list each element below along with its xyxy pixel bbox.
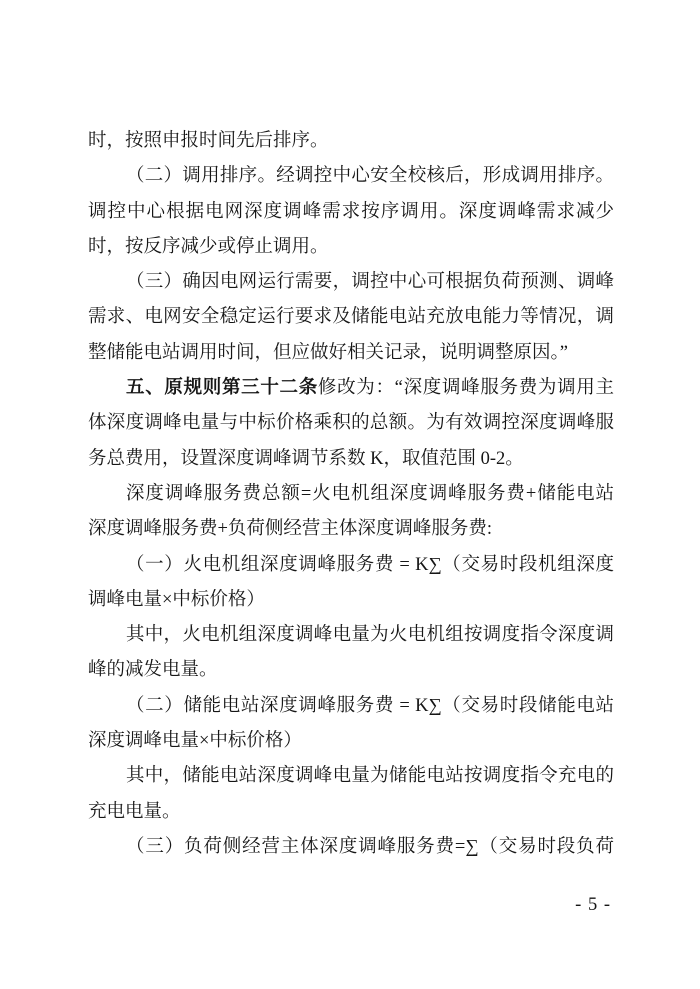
text-run: 深度调峰服务费总额=火电机组深度调峰服务费+储能电站 — [126, 484, 614, 504]
text-run: （三）负荷侧经营主体深度调峰服务费=∑（交易时段负荷 — [126, 837, 614, 857]
page-footer: - 5 - — [575, 893, 611, 917]
text-run: 深度调峰电量×中标价格） — [88, 731, 302, 751]
text-line: （一）火电机组深度调峰服务费 = K∑（交易时段机组深度 — [88, 548, 614, 583]
text-line: 体深度调峰电量与中标价格乘积的总额。为有效调控深度调峰服 — [88, 406, 614, 441]
text-run: （二）调用排序。经调控中心安全校核后，形成调用排序。 — [126, 166, 614, 186]
text-run: （一）火电机组深度调峰服务费 = K∑（交易时段机组深度 — [126, 555, 614, 575]
text-run: 时，按照申报时间先后排序。 — [88, 131, 329, 151]
text-line: 五、原规则第三十二条修改为：“深度调峰服务费为调用主 — [88, 371, 614, 406]
text-run: 充电电量。 — [88, 802, 181, 822]
text-run: （二）储能电站深度调峰服务费 = K∑（交易时段储能电站 — [126, 696, 614, 716]
text-run: 需求、电网安全稳定运行要求及储能电站充放电能力等情况，调 — [88, 307, 614, 327]
text-line: 其中，火电机组深度调峰电量为火电机组按调度指令深度调 — [88, 618, 614, 653]
text-line: （二）储能电站深度调峰服务费 = K∑（交易时段储能电站 — [88, 689, 614, 724]
text-line: 务总费用，设置深度调峰调节系数 K，取值范围 0-2。 — [88, 442, 614, 477]
text-line: 整储能电站调用时间，但应做好相关记录，说明调整原因。” — [88, 336, 614, 371]
text-run: 深度调峰服务费+负荷侧经营主体深度调峰服务费: — [88, 519, 492, 539]
paragraph: 其中，火电机组深度调峰电量为火电机组按调度指令深度调峰的减发电量。 — [88, 618, 614, 689]
text-line: 调控中心根据电网深度调峰需求按序调用。深度调峰需求减少 — [88, 195, 614, 230]
text-run: 调控中心根据电网深度调峰需求按序调用。深度调峰需求减少 — [88, 202, 614, 222]
text-line: 深度调峰服务费+负荷侧经营主体深度调峰服务费: — [88, 512, 614, 547]
paragraph: （一）火电机组深度调峰服务费 = K∑（交易时段机组深度调峰电量×中标价格） — [88, 548, 614, 619]
document-page: 时，按照申报时间先后排序。（二）调用排序。经调控中心安全校核后，形成调用排序。调… — [0, 0, 700, 989]
paragraph: （三）确因电网运行需要，调控中心可根据负荷预测、调峰需求、电网安全稳定运行要求及… — [88, 265, 614, 371]
text-run: 调峰电量×中标价格） — [88, 590, 265, 610]
text-line: 时，按照申报时间先后排序。 — [88, 124, 614, 159]
text-line: 峰的减发电量。 — [88, 653, 614, 688]
text-run: 体深度调峰电量与中标价格乘积的总额。为有效调控深度调峰服 — [88, 413, 614, 433]
bold-text-run: 五、原规则第三十二条 — [126, 378, 318, 398]
text-run: 务总费用，设置深度调峰调节系数 K，取值范围 0-2。 — [88, 449, 524, 469]
paragraph: 时，按照申报时间先后排序。 — [88, 124, 614, 159]
text-line: （三）确因电网运行需要，调控中心可根据负荷预测、调峰 — [88, 265, 614, 300]
paragraph: 深度调峰服务费总额=火电机组深度调峰服务费+储能电站深度调峰服务费+负荷侧经营主… — [88, 477, 614, 548]
text-line: 其中，储能电站深度调峰电量为储能电站按调度指令充电的 — [88, 759, 614, 794]
paragraph: （二）储能电站深度调峰服务费 = K∑（交易时段储能电站深度调峰电量×中标价格） — [88, 689, 614, 760]
text-line: 充电电量。 — [88, 795, 614, 830]
paragraph: 五、原规则第三十二条修改为：“深度调峰服务费为调用主体深度调峰电量与中标价格乘积… — [88, 371, 614, 477]
text-run: 时，按反序减少或停止调用。 — [88, 237, 329, 257]
text-line: 深度调峰服务费总额=火电机组深度调峰服务费+储能电站 — [88, 477, 614, 512]
text-run: （三）确因电网运行需要，调控中心可根据负荷预测、调峰 — [126, 272, 614, 292]
paragraph: 其中，储能电站深度调峰电量为储能电站按调度指令充电的充电电量。 — [88, 759, 614, 830]
text-run: 整储能电站调用时间，但应做好相关记录，说明调整原因。” — [88, 343, 568, 363]
text-line: 需求、电网安全稳定运行要求及储能电站充放电能力等情况，调 — [88, 300, 614, 335]
page-number: - 5 - — [575, 895, 611, 915]
text-line: 调峰电量×中标价格） — [88, 583, 614, 618]
text-run: 其中，火电机组深度调峰电量为火电机组按调度指令深度调 — [126, 625, 614, 645]
text-run: 峰的减发电量。 — [88, 660, 218, 680]
paragraph: （二）调用排序。经调控中心安全校核后，形成调用排序。调控中心根据电网深度调峰需求… — [88, 159, 614, 265]
paragraph: （三）负荷侧经营主体深度调峰服务费=∑（交易时段负荷 — [88, 830, 614, 865]
document-body: 时，按照申报时间先后排序。（二）调用排序。经调控中心安全校核后，形成调用排序。调… — [88, 124, 614, 865]
text-line: 时，按反序减少或停止调用。 — [88, 230, 614, 265]
text-line: 深度调峰电量×中标价格） — [88, 724, 614, 759]
text-run: 其中，储能电站深度调峰电量为储能电站按调度指令充电的 — [126, 766, 614, 786]
text-line: （二）调用排序。经调控中心安全校核后，形成调用排序。 — [88, 159, 614, 194]
text-run: 修改为：“深度调峰服务费为调用主 — [318, 378, 614, 398]
text-line: （三）负荷侧经营主体深度调峰服务费=∑（交易时段负荷 — [88, 830, 614, 865]
